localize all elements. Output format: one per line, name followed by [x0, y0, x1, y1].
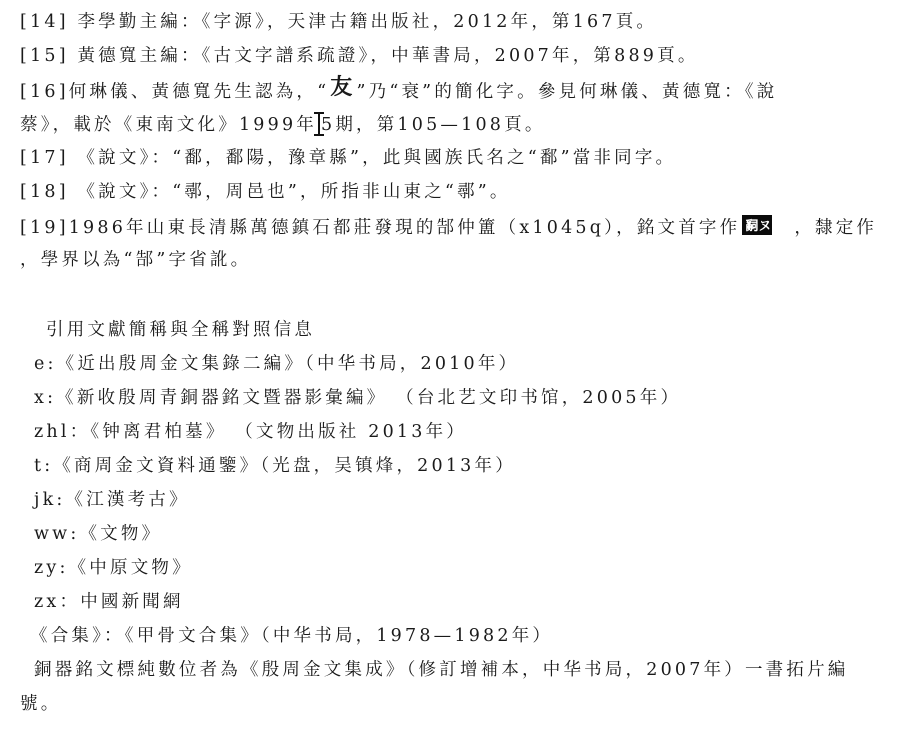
abbrev-note-line1: 銅器銘文標純數位者為《殷周金文集成》（修訂增補本，中华书局，2007年）一書拓片… [34, 658, 848, 682]
transcribed-glyph: 𬋆 [879, 209, 882, 233]
abbrev-item-x: x:《新收殷周青銅器銘文暨器影彙編》 （台北艺文印书馆，2005年） [34, 386, 681, 410]
footnote-19-part2: ，隸定作 [794, 218, 877, 238]
text-cursor-icon [314, 112, 324, 136]
abbrev-item-jk: jk:《江漢考古》 [34, 488, 190, 512]
variant-character-glyph: 友 [330, 75, 355, 99]
footnote-16: [16]何琳儀、黃德寬先生認為，“友”乃“衰”的簡化字。參見何琳儀、黃德寬：《說 [20, 78, 777, 104]
abbrev-section-title: 引用文獻簡稱與全稱對照信息 [46, 318, 315, 342]
document-page: [14] 李學勤主編：《字源》，天津古籍出版社，2012年，第167頁。 [15… [0, 0, 920, 742]
footnote-19-continuation: ，學界以為“郜”字省訛。 [20, 248, 251, 272]
abbrev-item-e: e:《近出殷周金文集錄二編》（中华书局，2010年） [34, 352, 519, 376]
inscription-rubbing-image: 𤔲ヌ [742, 215, 772, 235]
footnote-16-part1: [16]何琳儀、黃德寬先生認為，“ [20, 82, 329, 102]
footnote-19: [19]1986年山東長清縣萬德鎮石都莊發現的郜仲簠（x1045q），銘文首字作… [20, 214, 882, 240]
footnote-16-line2b: 5期，第105—108頁。 [321, 115, 546, 135]
abbrev-item-t: t:《商周金文資料通鑒》（光盘，吴镇烽，2013年） [34, 454, 516, 478]
abbrev-item-zy: zy:《中原文物》 [34, 556, 193, 580]
footnote-17: [17] 《說文》：“鄱，鄱陽，豫章縣”，此與國族氏名之“鄱”當非同字。 [20, 146, 676, 170]
footnote-14: [14] 李學勤主編：《字源》，天津古籍出版社，2012年，第167頁。 [20, 10, 657, 34]
abbrev-note-line2: 號。 [20, 692, 61, 716]
abbrev-item-zhl: zhl：《钟离君柏墓》 （文物出版社 2013年） [34, 420, 467, 444]
footnote-19-part1: [19]1986年山東長清縣萬德鎮石都莊發現的郜仲簠（x1045q），銘文首字作 [20, 218, 740, 238]
footnote-18: [18] 《說文》：“鄩，周邑也”，所指非山東之“鄩”。 [20, 180, 511, 204]
footnote-16-continuation: 蔡》，載於《東南文化》1999年5期，第105—108頁。 [20, 112, 546, 137]
footnote-15: [15] 黃德寬主編：《古文字譜系疏證》，中華書局，2007年，第889頁。 [20, 44, 699, 68]
abbrev-heji: 《合集》：《甲骨文合集》（中华书局，1978—1982年） [30, 624, 553, 648]
footnote-16-part2: ”乃“衰”的簡化字。參見何琳儀、黃德寬：《說 [356, 82, 777, 102]
footnote-16-line2a: 蔡》，載於《東南文化》1999年 [20, 115, 317, 135]
abbrev-item-ww: ww:《文物》 [34, 522, 162, 546]
abbrev-item-zx: zx：中國新聞網 [34, 590, 184, 614]
